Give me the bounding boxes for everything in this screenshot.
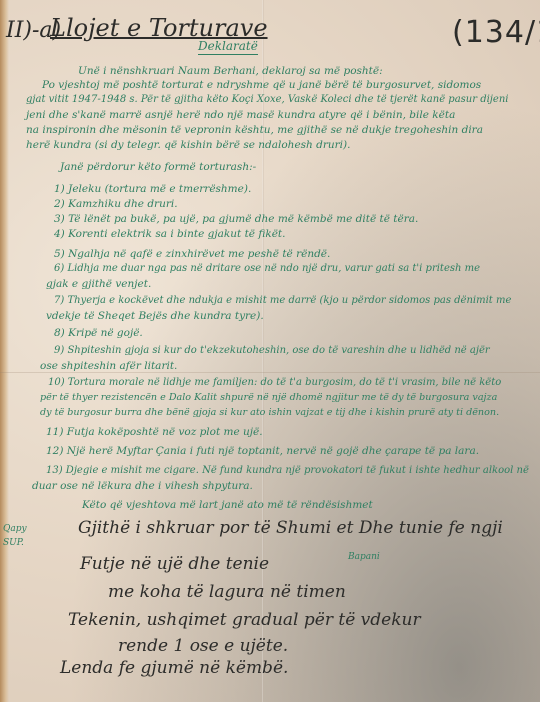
list-item: 6) Lidhja me duar nga pas në dritare ose…	[54, 264, 480, 274]
list-item: 1) Jeleku (tortura më e tmerrëshme).	[54, 184, 251, 195]
handwritten-note-line: Lenda fe gjumë në këmbë.	[60, 660, 288, 677]
fold-crease	[0, 372, 540, 373]
closing-line: Këto që vjeshtova më lart janë ato më të…	[82, 500, 373, 511]
list-item: 11) Futja kokëposhtë në voz plot me ujë.	[46, 427, 263, 438]
list-item: vdekje të Sheqet Bejës dhe kundra tyre).	[46, 311, 264, 322]
list-item: dy të burgosur burra dhe bënë gjoja si k…	[40, 408, 499, 418]
document-page: II)-a) Llojet e Torturave Deklaratë (134…	[0, 0, 540, 702]
intro-line: Po vjeshtoj më poshtë torturat e ndryshm…	[42, 80, 481, 91]
list-intro: Janë përdorur këto formë torturash:-	[60, 162, 256, 173]
list-item: për të thyer rezistencën e Dalo Kalit sh…	[40, 393, 497, 403]
list-item: 2) Kamzhiku dhe druri.	[54, 199, 178, 210]
intro-line: herë kundra (si dy telegr. që kishin bër…	[26, 140, 350, 151]
list-item: 3) Të lënët pa bukë, pa ujë, pa gjumë dh…	[54, 214, 418, 225]
list-item: duar ose në lëkura dhe i vihesh shpytura…	[32, 481, 253, 492]
document-subtitle: Deklaratë	[198, 40, 258, 55]
intro-line: Unë i nënshkruari Naum Berhani, deklaroj…	[78, 66, 383, 77]
intro-line: jeni dhe s'kanë marrë asnjë herë ndo një…	[26, 110, 455, 121]
list-item: 12) Një herë Myftar Çania i futi një top…	[46, 446, 479, 457]
handwritten-note-line: Tekenin, ushqimet gradual për të vdekur	[68, 612, 421, 629]
list-item: 8) Kripë në gojë.	[54, 328, 143, 339]
margin-stamp: Qapy SUP.	[3, 522, 27, 550]
list-item: 13) Djegie e mishit me cigare. Në fund k…	[46, 466, 529, 476]
handwritten-note-line: me koha të lagura në timen	[108, 584, 346, 601]
intro-line: gjat vitit 1947-1948 s. Për të gjitha kë…	[26, 95, 508, 105]
handwritten-note-line: Gjithë i shkruar por të Shumi et Dhe tun…	[78, 520, 503, 537]
list-item: gjak e gjithë venjet.	[46, 279, 151, 290]
intro-line: na inspironin dhe mësonin të vepronin kë…	[26, 125, 483, 136]
list-item: 7) Thyerja e kockëvet dhe ndukja e mishi…	[54, 296, 511, 306]
page-edge	[0, 0, 9, 702]
handwritten-note-line: Futje në ujë dhe tenie	[80, 556, 269, 573]
list-item: 10) Tortura morale në lidhje me familjen…	[48, 378, 501, 388]
list-item: ose shpiteshin afër litarit.	[40, 361, 177, 372]
list-item: 9) Shpiteshin gjoja si kur do t'ekzekuto…	[54, 346, 490, 356]
folio-number: (134/18	[452, 18, 540, 48]
list-item: 5) Ngalhja në qafë e zinxhirëvet me pesh…	[54, 249, 330, 260]
handwritten-note-line: rende 1 ose e ujëte.	[118, 638, 288, 655]
bapani-annotation: Bapani	[348, 553, 380, 562]
list-item: 4) Korenti elektrik sa i binte gjakut të…	[54, 229, 285, 240]
document-title: Llojet e Torturave	[50, 16, 268, 40]
